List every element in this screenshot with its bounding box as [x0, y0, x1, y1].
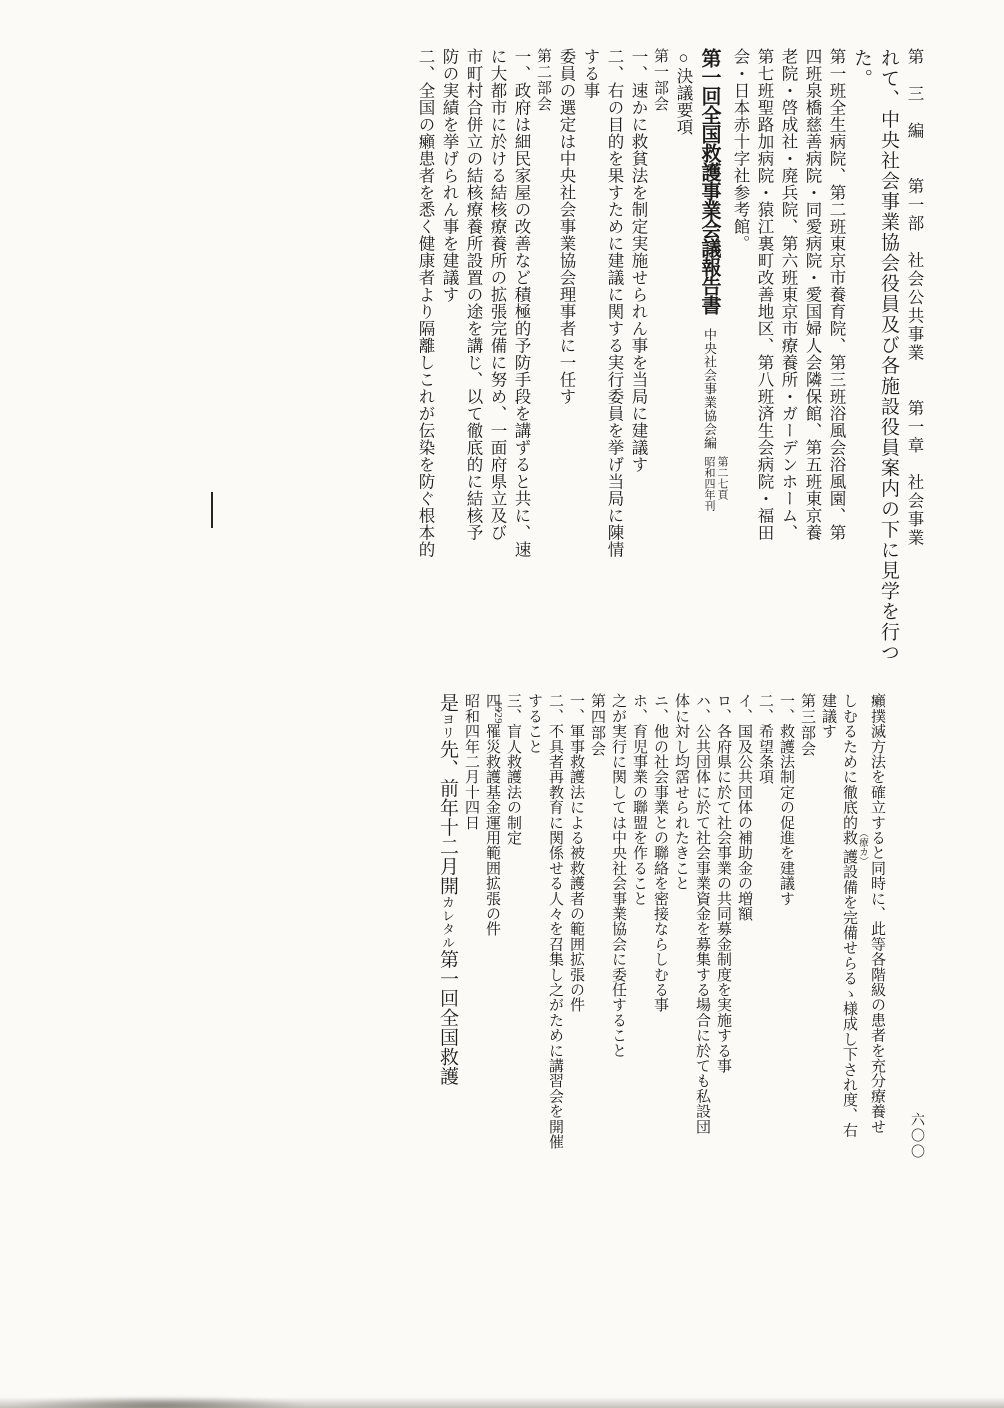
closing-seg: 先、前年十二月開 — [437, 740, 458, 896]
closing-text-column: 是ヨリ先、前年十二月開カレタル第一回全国救護 — [434, 693, 461, 1353]
main-text-column: れて、中央社会事業協会役員及び各施設役員案内の下に見学を行つ — [875, 48, 902, 680]
report-note: 第二七頁昭和四年刊 — [702, 456, 728, 511]
part3-subitem: ハ、公共団体に於て社会事業資金を募集する場合に於ても私設団 — [692, 693, 713, 1353]
resolution-item: 二、全国の癩患者を悉く健康者より隔離しこれが伝染を防ぐ根本的 — [413, 48, 437, 680]
part3-item: 二、希望条項 — [755, 693, 776, 1353]
resolution-item: 一、速かに救貧法を制定実施せられん事を当局に建議す — [626, 48, 650, 680]
closing-seg-katakana: ヨリ — [440, 713, 455, 740]
quote-continuation-column: しむるために徹底的救護（療カ）設備を完備せらるゝ様成し下され度、右 — [839, 693, 867, 1353]
resolution-item-continuation: 市町村合併立の結核療養所設置の途を講じ、以て徹底的に結核予 — [461, 48, 485, 680]
resolution-item-continuation: に大都市に於ける結核療養所の拡張完備に努め、一面府県立及び — [485, 48, 509, 680]
resolution-item: 二、右の目的を果すために建議に関する実行委員を挙げ当局に陳情 — [602, 48, 626, 680]
part4-heading: 第四部会 — [587, 693, 608, 1353]
resolution-item-continuation: 防の実績を挙げられん事を建議す — [437, 48, 461, 680]
continuation-post: 設備を完備せらるゝ様成し下され度、右 — [841, 864, 857, 1138]
part3-subitem: イ、国及公共団体の補助金の増額 — [734, 693, 755, 1353]
page: 第 三 編 第一部 社会公共事業 第一章 社会事業 れて、中央社会事業協会役員及… — [0, 0, 1004, 1408]
annotated-base: 救護 — [841, 828, 857, 866]
main-text-column: た。 — [848, 48, 875, 680]
part3-subitem: ホ、育児事業の聯盟を作ること — [629, 693, 650, 1353]
page-number: 六〇〇 — [906, 1112, 926, 1160]
report-title-column: 第一回全国救護事業会議報告書中央社会事業協会編第二七頁昭和四年刊 — [695, 48, 728, 680]
hospital-list-column: 老院・啓成社・廃兵院、第六班東京市療養所・ガーデンホーム、 — [776, 48, 800, 680]
bottom-text-block: 癩撲滅方法を確立すると同時に、此等各階級の患者を充分療養せ しむるために徹底的救… — [58, 693, 888, 1353]
date-column: 1929昭和四年二月十四日 — [461, 693, 482, 1353]
annotated-word: 救護（療カ） — [841, 830, 857, 864]
closing-seg-katakana: カレタル — [440, 896, 455, 950]
resolution-heading: ○決議要項 — [671, 48, 695, 680]
resolution-item-continuation: する事 — [578, 48, 602, 680]
part3-subitem-continuation: 体に対し均霑せられたきこと — [671, 693, 692, 1353]
year-note: 1929 — [492, 701, 503, 724]
report-note-year: 昭和四年刊 — [702, 456, 715, 511]
hospital-list-column: 会・日本赤十字社参考館。 — [728, 48, 752, 680]
part4-item: 一、軍事救護法による被救護者の範囲拡張の件 — [566, 693, 587, 1353]
date-text: 昭和四年二月十四日 — [463, 693, 479, 830]
hospital-list-column: 第一班全生病院、第二班東京市養育院、第三班浴風会浴風園、第 — [824, 48, 848, 680]
report-note-page: 第二七頁 — [715, 456, 728, 511]
part3-subitem: 之が実行に関しては中央社会事業協会に委任すること — [608, 693, 629, 1353]
part3-subitem: ニ、他の社会事業との聯絡を密接ならしむる事 — [650, 693, 671, 1353]
part4-item: 二、不具者再教育に関係せる人々を召集し之がために講習会を開催 — [545, 693, 566, 1353]
resolution-item: 一、政府は細民家屋の改善など積極的予防手段を講ずると共に、速 — [509, 48, 533, 680]
resolution-item-continuation: 委員の選定は中央社会事業協会理事者に一任す — [554, 48, 578, 680]
part1-heading: 第一部会 — [650, 48, 671, 680]
quote-continuation-column: 建議す — [818, 693, 839, 1353]
bottom-left-scan-artifact — [14, 1397, 304, 1408]
report-publisher: 中央社会事業協会編 — [700, 328, 719, 450]
page-header: 第 三 編 第一部 社会公共事業 第一章 社会事業 — [902, 48, 926, 680]
part2-heading: 第二部会 — [533, 48, 554, 680]
part4-item-continuation: すること — [524, 693, 545, 1353]
part3-item: 一、救護法制定の促進を建議す — [776, 693, 797, 1353]
hospital-list-column: 四班泉橋慈善病院・同愛病院・愛国婦人会隣保館、第五班東京養 — [800, 48, 824, 680]
top-text-block: 第 三 編 第一部 社会公共事業 第一章 社会事業 れて、中央社会事業協会役員及… — [58, 48, 926, 680]
part4-item: 三、盲人救護法の制定 — [503, 693, 524, 1353]
part3-subitem: ロ、各府県に於て社会事業の共同募金制度を実施する事 — [713, 693, 734, 1353]
closing-seg: 是 — [437, 693, 458, 713]
ruby-annotation: （療カ） — [857, 828, 867, 866]
part4-item: 四、罹災救護基金運用範囲拡張の件 — [482, 693, 503, 1353]
quote-continuation-column: 癩撲滅方法を確立すると同時に、此等各階級の患者を充分療養せ — [867, 693, 888, 1353]
report-title: 第一回全国救護事業会議報告書 — [698, 48, 720, 314]
part3-heading: 第三部会 — [797, 693, 818, 1353]
hospital-list-column: 第七班聖路加病院・猿江裏町改善地区、第八班済生会病院・福田 — [752, 48, 776, 680]
correction-mark — [211, 492, 213, 528]
closing-seg: 第一回全国救護 — [437, 950, 458, 1087]
continuation-pre: しむるために徹底的 — [841, 693, 857, 830]
